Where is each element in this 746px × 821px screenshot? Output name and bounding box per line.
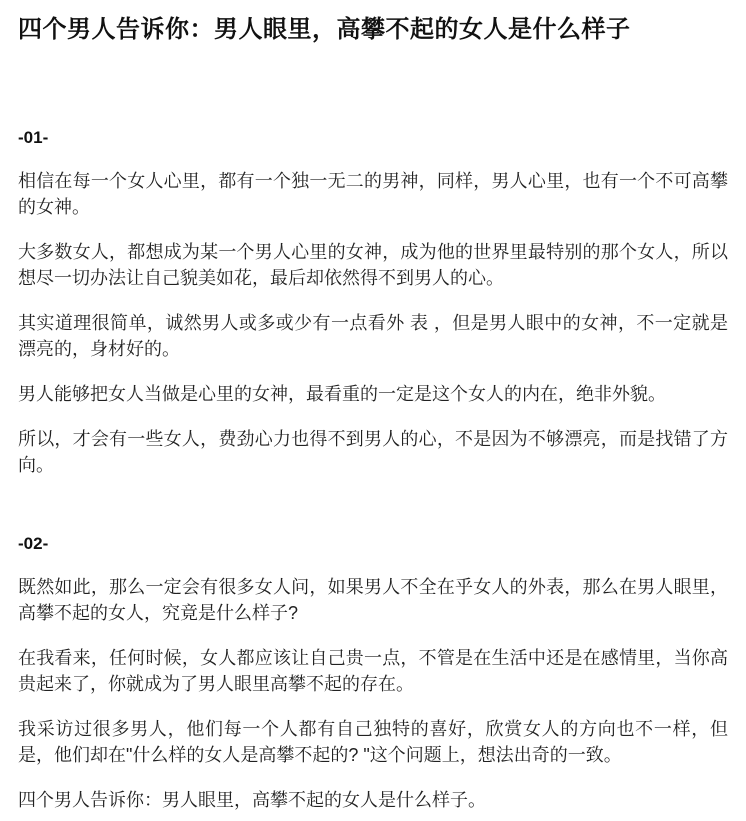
article-section-01: -01- 相信在每一个女人心里，都有一个独一无二的男神，同样，男人心里，也有一个…	[18, 127, 728, 478]
paragraph: 既然如此，那么一定会有很多女人问，如果男人不全在乎女人的外表，那么在男人眼里，高…	[18, 574, 728, 626]
paragraph: 大多数女人，都想成为某一个男人心里的女神，成为他的世界里最特别的那个女人，所以想…	[18, 239, 728, 291]
paragraph: 其实道理很简单，诚然男人或多或少有一点看外 表 ，但是男人眼中的女神，不一定就是…	[18, 310, 728, 362]
section-02-heading: -02-	[18, 533, 728, 555]
article-section-02: -02- 既然如此，那么一定会有很多女人问，如果男人不全在乎女人的外表，那么在男…	[18, 533, 728, 813]
paragraph: 所以，才会有一些女人，费劲心力也得不到男人的心，不是因为不够漂亮，而是找错了方向…	[18, 426, 728, 478]
paragraph: 男人能够把女人当做是心里的女神，最看重的一定是这个女人的内在，绝非外貌。	[18, 381, 728, 407]
paragraph: 在我看来，任何时候，女人都应该让自己贵一点，不管是在生活中还是在感情里，当你高贵…	[18, 645, 728, 697]
paragraph: 相信在每一个女人心里，都有一个独一无二的男神，同样，男人心里，也有一个不可高攀的…	[18, 168, 728, 220]
paragraph: 四个男人告诉你：男人眼里，高攀不起的女人是什么样子。	[18, 787, 728, 813]
paragraph: 我采访过很多男人，他们每一个人都有自己独特的喜好，欣赏女人的方向也不一样，但是，…	[18, 716, 728, 768]
article-page: 四个男人告诉你：男人眼里，高攀不起的女人是什么样子 -01- 相信在每一个女人心…	[0, 0, 746, 821]
article-title: 四个男人告诉你：男人眼里，高攀不起的女人是什么样子	[18, 14, 728, 45]
section-01-heading: -01-	[18, 127, 728, 149]
